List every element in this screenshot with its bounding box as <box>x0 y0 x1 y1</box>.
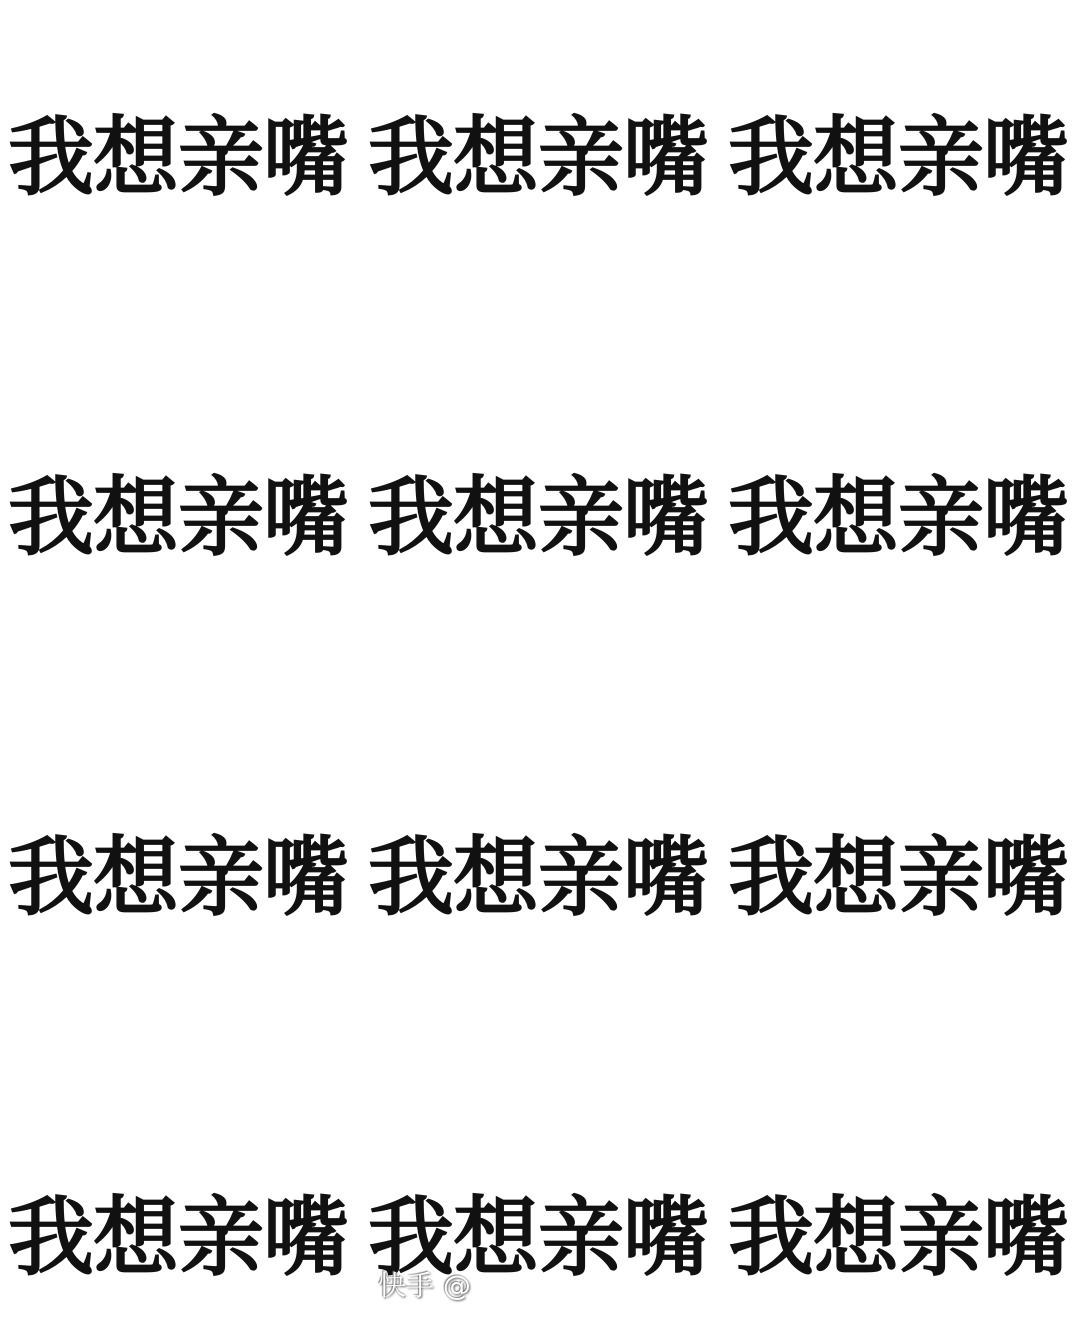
phrase: 我想亲嘴 <box>728 468 1080 568</box>
phrase: 我想亲嘴 <box>368 468 728 568</box>
phrase: 我想亲嘴 <box>8 1188 368 1288</box>
phrase: 我想亲嘴 <box>368 108 728 208</box>
text-row-4: 我想亲嘴我想亲嘴我想亲嘴 <box>8 1188 1080 1288</box>
phrase: 我想亲嘴 <box>8 468 368 568</box>
phrase: 我想亲嘴 <box>8 828 368 928</box>
phrase: 我想亲嘴 <box>728 108 1080 208</box>
phrase: 我想亲嘴 <box>8 108 368 208</box>
phrase: 我想亲嘴 <box>368 828 728 928</box>
text-row-1: 我想亲嘴我想亲嘴我想亲嘴 <box>8 108 1080 208</box>
phrase: 我想亲嘴 <box>728 828 1080 928</box>
phrase: 我想亲嘴 <box>728 1188 1080 1288</box>
text-row-2: 我想亲嘴我想亲嘴我想亲嘴 <box>8 468 1080 568</box>
watermark: 快手 @ <box>378 1264 471 1304</box>
text-row-3: 我想亲嘴我想亲嘴我想亲嘴 <box>8 828 1080 928</box>
